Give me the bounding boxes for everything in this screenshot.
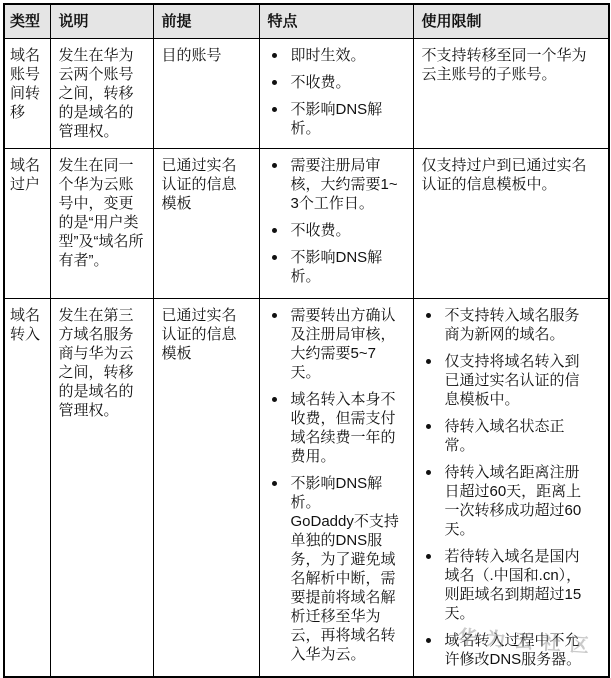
bullet-text: 仅支持将域名转入到已通过实名认证的信息模板中。 [445, 352, 591, 409]
bullet-text: 不支持转入域名服务商为新网的域名。 [445, 306, 591, 344]
bullet-text: 不影响DNS解析。 [291, 100, 405, 138]
bullet-icon [272, 313, 277, 318]
bullet-icon [426, 313, 431, 318]
bullet-icon [426, 359, 431, 364]
cell-restrictions: 不支持转入域名服务商为新网的域名。仅支持将域名转入到已通过实名认证的信息模板中。… [413, 299, 609, 678]
bullet-text: 若待转入域名是国内域名（.中国和.cn），则距域名到期超过15天。 [445, 547, 591, 623]
bullet-text: 需要转出方确认及注册局审核，大约需要5~7天。 [291, 306, 405, 382]
bullet-item: 不收费。 [272, 73, 405, 92]
bullet-item: 待转入域名距离注册日超过60天，距离上一次转移成功超过60天。 [426, 463, 591, 539]
table-row-transfer-in: 域名转入 发生在第三方域名服务商与华为云之间，转移的是域名的管理权。 已通过实名… [4, 299, 609, 678]
cell-features: 即时生效。不收费。不影响DNS解析。 [259, 39, 413, 149]
cell-description: 发生在第三方域名服务商与华为云之间，转移的是域名的管理权。 [50, 299, 153, 678]
bullet-icon [272, 397, 277, 402]
cell-restrictions: 仅支持过户到已通过实名认证的信息模板中。 [413, 149, 609, 299]
bullet-text: 需要注册局审核，大约需要1~3个工作日。 [291, 156, 405, 213]
bullet-item: 仅支持将域名转入到已通过实名认证的信息模板中。 [426, 352, 591, 409]
bullet-text: 即时生效。 [291, 46, 405, 65]
domain-transfer-table: 类型 说明 前提 特点 使用限制 域名账号间转移 发生在华为云两个账号之间，转移… [3, 3, 610, 678]
bullet-text: 域名转入过程中不允许修改DNS服务器。 [445, 631, 591, 669]
bullet-item: 待转入域名状态正常。 [426, 417, 591, 455]
bullet-icon [426, 470, 431, 475]
cell-prerequisite: 已通过实名认证的信息模板 [153, 299, 259, 678]
bullet-text: 不影响DNS解析。 GoDaddy不支持单独的DNS服务，为了避免域名解析中断，… [291, 474, 405, 664]
bullet-text: 不收费。 [291, 221, 405, 240]
bullet-item: 不支持转入域名服务商为新网的域名。 [426, 306, 591, 344]
document-page: 类型 说明 前提 特点 使用限制 域名账号间转移 发生在华为云两个账号之间，转移… [0, 0, 611, 672]
bullet-item: 即时生效。 [272, 46, 405, 65]
bullet-item: 域名转入过程中不允许修改DNS服务器。 [426, 631, 591, 669]
cell-prerequisite: 目的账号 [153, 39, 259, 149]
bullet-item: 不影响DNS解析。 [272, 100, 405, 138]
bullet-icon [272, 107, 277, 112]
table-row-account-transfer: 域名账号间转移 发生在华为云两个账号之间，转移的是域名的管理权。 目的账号 即时… [4, 39, 609, 149]
bullet-item: 若待转入域名是国内域名（.中国和.cn），则距域名到期超过15天。 [426, 547, 591, 623]
header-cell-description: 说明 [50, 4, 153, 39]
cell-type: 域名转入 [4, 299, 50, 678]
restrictions-list: 不支持转入域名服务商为新网的域名。仅支持将域名转入到已通过实名认证的信息模板中。… [422, 306, 601, 669]
bullet-icon [272, 255, 277, 260]
bullet-icon [272, 53, 277, 58]
bullet-text: 待转入域名状态正常。 [445, 417, 591, 455]
bullet-icon [272, 481, 277, 486]
bullet-item: 不影响DNS解析。 [272, 248, 405, 286]
features-list: 需要转出方确认及注册局审核，大约需要5~7天。域名转入本身不收费，但需支付域名续… [268, 306, 405, 664]
bullet-text: 域名转入本身不收费，但需支付域名续费一年的费用。 [291, 390, 405, 466]
cell-type: 域名过户 [4, 149, 50, 299]
features-list: 即时生效。不收费。不影响DNS解析。 [268, 46, 405, 138]
bullet-icon [426, 638, 431, 643]
bullet-text: 不收费。 [291, 73, 405, 92]
cell-description: 发生在同一个华为云账号中，变更的是“用户类型”及“域名所有者”。 [50, 149, 153, 299]
table-header-row: 类型 说明 前提 特点 使用限制 [4, 4, 609, 39]
cell-type: 域名账号间转移 [4, 39, 50, 149]
header-cell-type: 类型 [4, 4, 50, 39]
bullet-item: 不影响DNS解析。 GoDaddy不支持单独的DNS服务，为了避免域名解析中断，… [272, 474, 405, 664]
header-cell-prerequisite: 前提 [153, 4, 259, 39]
bullet-item: 需要转出方确认及注册局审核，大约需要5~7天。 [272, 306, 405, 382]
cell-description: 发生在华为云两个账号之间，转移的是域名的管理权。 [50, 39, 153, 149]
cell-restrictions: 不支持转移至同一个华为云主账号的子账号。 [413, 39, 609, 149]
bullet-icon [272, 228, 277, 233]
cell-prerequisite: 已通过实名认证的信息模板 [153, 149, 259, 299]
features-list: 需要注册局审核，大约需要1~3个工作日。不收费。不影响DNS解析。 [268, 156, 405, 286]
cell-features: 需要转出方确认及注册局审核，大约需要5~7天。域名转入本身不收费，但需支付域名续… [259, 299, 413, 678]
bullet-icon [426, 554, 431, 559]
bullet-item: 不收费。 [272, 221, 405, 240]
header-cell-features: 特点 [259, 4, 413, 39]
bullet-text: 不影响DNS解析。 [291, 248, 405, 286]
bullet-item: 域名转入本身不收费，但需支付域名续费一年的费用。 [272, 390, 405, 466]
bullet-icon [272, 80, 277, 85]
header-cell-restrictions: 使用限制 [413, 4, 609, 39]
cell-features: 需要注册局审核，大约需要1~3个工作日。不收费。不影响DNS解析。 [259, 149, 413, 299]
bullet-icon [426, 424, 431, 429]
bullet-icon [272, 163, 277, 168]
bullet-text: 待转入域名距离注册日超过60天，距离上一次转移成功超过60天。 [445, 463, 591, 539]
bullet-item: 需要注册局审核，大约需要1~3个工作日。 [272, 156, 405, 213]
table-row-ownership-transfer: 域名过户 发生在同一个华为云账号中，变更的是“用户类型”及“域名所有者”。 已通… [4, 149, 609, 299]
